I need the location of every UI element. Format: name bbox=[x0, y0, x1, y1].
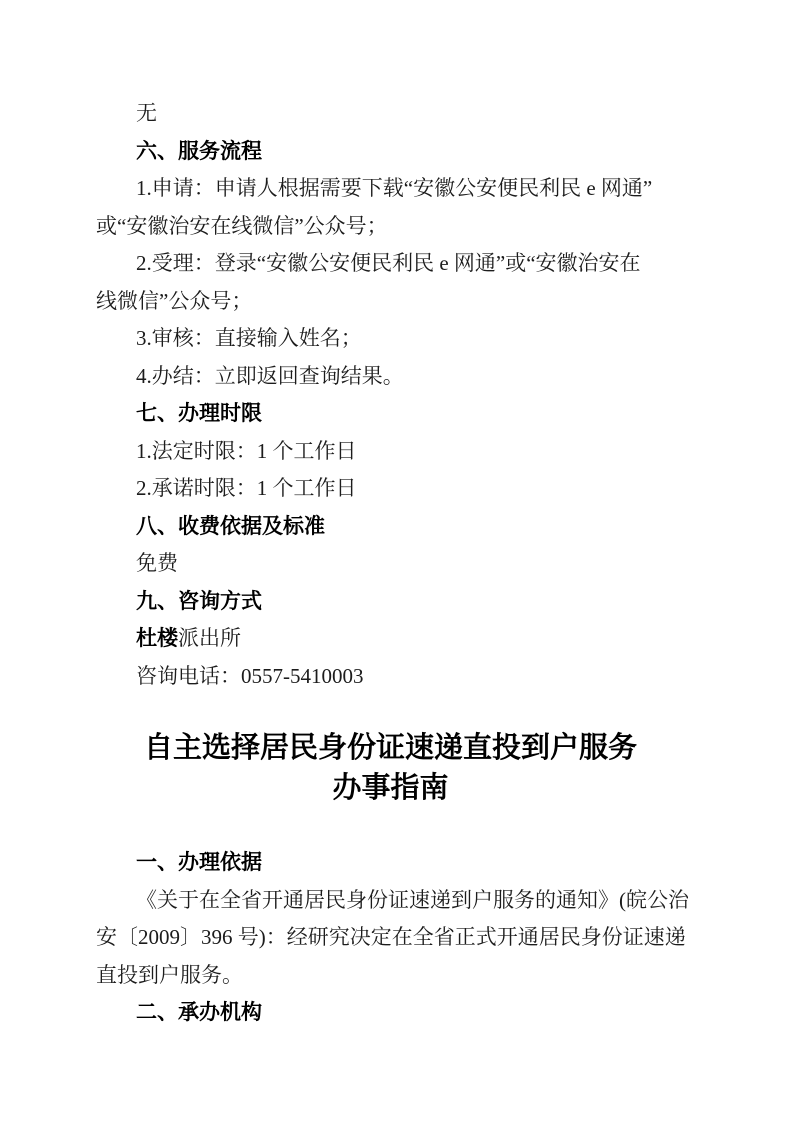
paragraph-line: 3.审核：直接输入姓名； bbox=[96, 320, 685, 358]
paragraph-line: 杜楼派出所 bbox=[96, 620, 685, 658]
section-heading-undertaking-agency: 二、承办机构 bbox=[96, 994, 685, 1032]
section-heading-time-limit: 七、办理时限 bbox=[96, 395, 685, 433]
document-title-line1: 自主选择居民身份证速递直投到户服务 bbox=[96, 728, 685, 768]
paragraph-line: 无 bbox=[96, 95, 685, 133]
org-name-rest: 派出所 bbox=[178, 626, 241, 650]
org-name-bold: 杜楼 bbox=[136, 627, 178, 650]
document-page: 无 六、服务流程 1.申请：申请人根据需要下载“安徽公安便民利民 e 网通” 或… bbox=[0, 0, 793, 1122]
paragraph-line: 或“安徽治安在线微信”公众号； bbox=[96, 208, 685, 246]
document-title-line2: 办事指南 bbox=[96, 768, 685, 808]
paragraph-line: 1.申请：申请人根据需要下载“安徽公安便民利民 e 网通” bbox=[96, 170, 685, 208]
section-heading-basis: 一、办理依据 bbox=[96, 844, 685, 882]
paragraph-line: 安〔2009〕396 号)：经研究决定在全省正式开通居民身份证速递 bbox=[96, 919, 685, 957]
paragraph-line: 2.受理：登录“安徽公安便民利民 e 网通”或“安徽治安在 bbox=[96, 245, 685, 283]
paragraph-line: 《关于在全省开通居民身份证速递到户服务的通知》(皖公治 bbox=[96, 882, 685, 920]
section-heading-fees: 八、收费依据及标准 bbox=[96, 508, 685, 546]
paragraph-line: 线微信”公众号； bbox=[96, 283, 685, 321]
section-heading-service-process: 六、服务流程 bbox=[96, 133, 685, 171]
paragraph-line: 1.法定时限：1 个工作日 bbox=[96, 433, 685, 471]
paragraph-line: 直投到户服务。 bbox=[96, 957, 685, 995]
paragraph-line: 2.承诺时限：1 个工作日 bbox=[96, 470, 685, 508]
paragraph-line: 免费 bbox=[96, 545, 685, 583]
document-title: 自主选择居民身份证速递直投到户服务 办事指南 bbox=[96, 728, 685, 808]
phone-line: 咨询电话：0557-5410003 bbox=[96, 658, 685, 696]
section-heading-consultation: 九、咨询方式 bbox=[96, 583, 685, 621]
paragraph-line: 4.办结：立即返回查询结果。 bbox=[96, 358, 685, 396]
